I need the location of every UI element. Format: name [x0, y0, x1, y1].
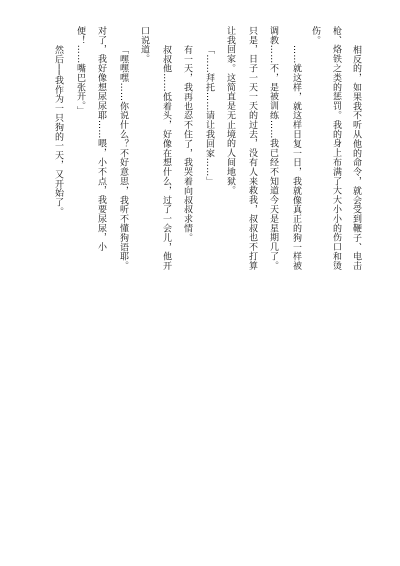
text-column-7: 让我回家。这简直是无止境的人间地狱。: [225, 26, 235, 195]
document-page: 相反的，如果我不听从他的命令，就会受到鞭子、电击 枪、烙铁之类的惩罚。我的身上布…: [0, 0, 400, 566]
text-column-5: 调教……不，是被训练……我已经不知道今天是星期几了。: [268, 26, 278, 270]
text-column-15: 然后──我作为一只狗的一天，又开始了。: [53, 45, 63, 216]
text-column-9: 有一天，我再也忍不住了，我哭着向叔叔求情。: [182, 45, 192, 242]
text-column-4: ……就这样，就这样日复一日，我就像真正的狗一样被: [291, 45, 301, 271]
text-column-10: 叔叔他……低着头，好像在想什么，过了一会儿，他开: [161, 45, 171, 271]
text-column-3: 伤。: [310, 26, 320, 45]
text-column-13: 对了，我好像想尿尿耶……喂，小不点，我要尿尿，小: [96, 26, 106, 252]
text-column-8: 「……拜托……请让我回家……」: [204, 45, 214, 186]
text-column-11: 口说道。: [139, 26, 149, 64]
text-column-2: 枪、烙铁之类的惩罚。我的身上布满了大大小小的伤口和烫: [331, 26, 341, 270]
text-column-6: 只是，日子一天一天的过去，没有人来救我，叔叔也不打算: [247, 26, 257, 270]
text-column-1: 相反的，如果我不听从他的命令，就会受到鞭子、电击: [351, 45, 361, 271]
text-column-14: 便！……嘴巴张开。」: [75, 26, 85, 116]
text-column-12: 「嘿嘿嘿……你说什么？不好意思，我听不懂狗语耶。: [118, 45, 128, 271]
